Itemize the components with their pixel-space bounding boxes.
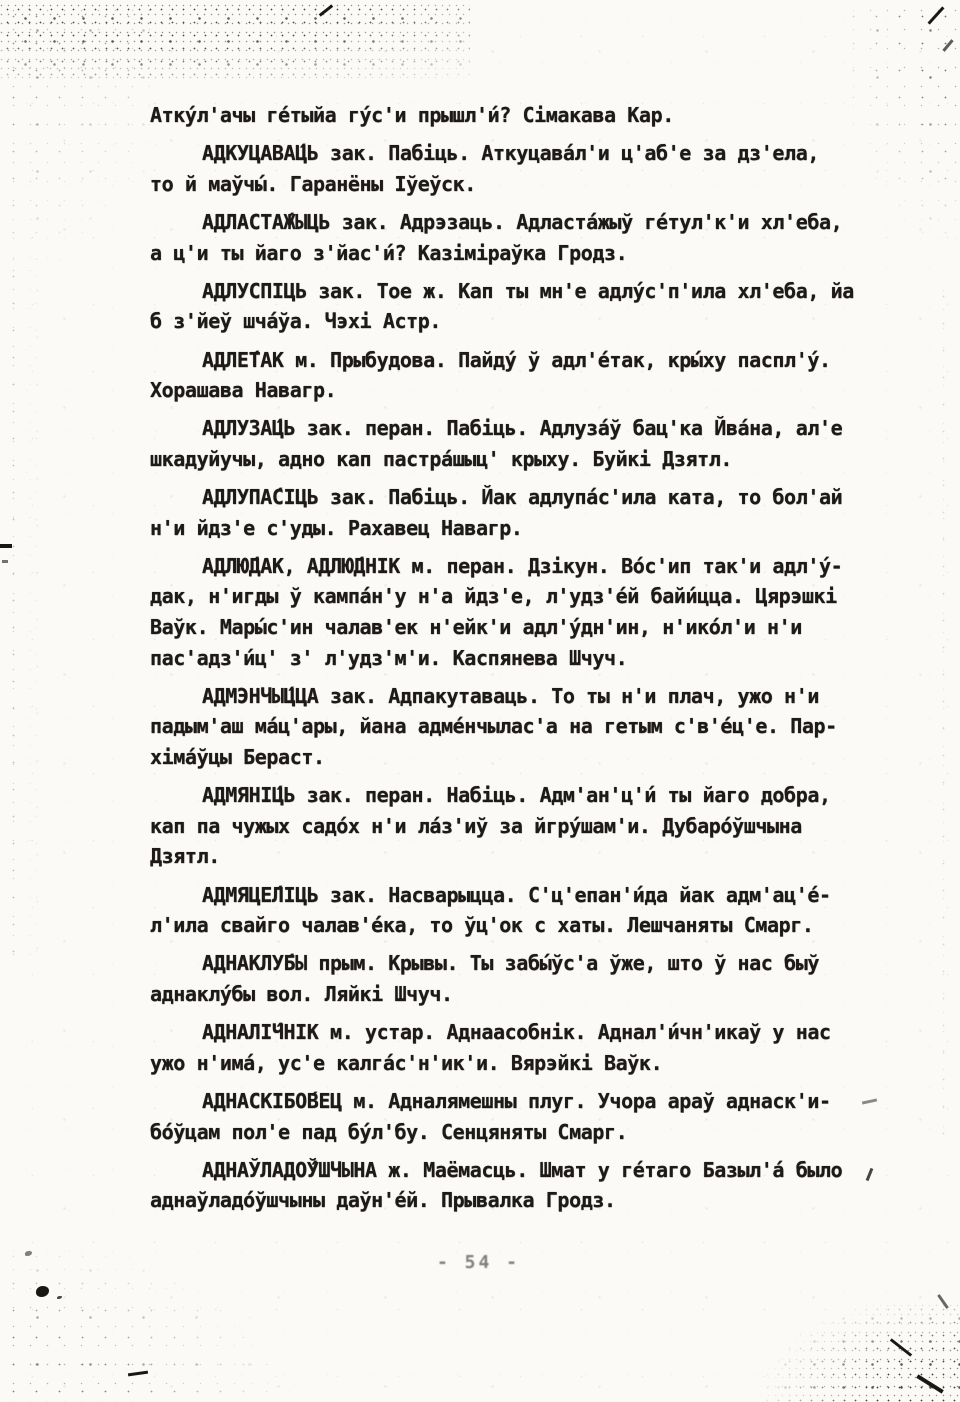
text-line: ужо н'има́, ус'е калга́с'н'ик'и. Вярэйкі…: [150, 1048, 940, 1079]
text-line: аднаўладо́ўшчыны даўн'е́й. Прывалка Грод…: [150, 1185, 940, 1216]
scan-artifact: [0, 544, 12, 548]
dictionary-entry: АДЛЮ́ДАК, АДЛЮ́ДНІК м. перан. Дзікун. Во…: [150, 551, 940, 673]
text-line: АДЛУПА́СІЦЬ зак. Пабіць. Йак адлупа́с'ил…: [150, 482, 940, 513]
dictionary-entry: АДЛЕ́ТАК м. Прыбудова. Пайду́ ў адл'е́та…: [150, 345, 940, 406]
scan-noise: [0, 260, 46, 960]
page-number: - 54 -: [437, 1252, 547, 1273]
dictionary-entry: АДМЯЦЕ́ЛІЦЬ зак. Насварыцца. С'ц'епан'и́…: [150, 880, 940, 941]
scan-artifact: [319, 4, 333, 16]
scan-noise: [0, 0, 470, 85]
text-line: АДЛАСТА́ЖЫЦЬ зак. Адрэзаць. Адласта́жыў …: [150, 207, 940, 238]
scan-artifact: [942, 39, 953, 52]
scan-artifact: [2, 560, 8, 563]
scan-noise: [0, 1240, 290, 1402]
scan-artifact: [928, 6, 945, 24]
text-line: АДНАЎЛАДО́ЎШЧЫНА ж. Маёмасць. Шмат у ге́…: [150, 1155, 940, 1186]
text-line: кап па чужых садо́х н'и ла́з'иў за йгру́…: [150, 811, 940, 842]
scan-artifact: [937, 1294, 949, 1309]
scan-artifact: [128, 1371, 148, 1377]
text-line: АДЛУСПІЦЬ зак. Тое ж. Кап ты мн'е адлу́с…: [150, 276, 940, 307]
text-line: АДМЯЦЕ́ЛІЦЬ зак. Насварыцца. С'ц'епан'и́…: [150, 880, 940, 911]
text-line: АДМЯНІ́ЦЬ зак. перан. Набіць. Адм'ан'ц'и…: [150, 780, 940, 811]
text-line: АДНАСКІБО́ВЕЦ м. Адналямешны плуг. Учора…: [150, 1086, 940, 1117]
scan-artifact: [916, 1374, 944, 1393]
text-line: АДНАЛІ́ЧНІК м. устар. Аднаасобнік. Аднал…: [150, 1017, 940, 1048]
scan-artifact: [36, 1286, 49, 1297]
text-line: шкадуйучы, адно кап пастра́шыц' крыху. Б…: [150, 444, 940, 475]
text-line: Атку́л'ачы ге́тыйа гу́с'и прышл'и́? Сіма…: [150, 100, 940, 131]
dictionary-entry: АДМЭНЧЫ́ЦЦА зак. Адпакутаваць. То ты н'и…: [150, 681, 940, 773]
dictionary-entry: АДКУЦАВА́ЦЬ зак. Пабіць. Аткуцава́л'и ц'…: [150, 138, 940, 199]
scanned-page: Атку́л'ачы ге́тыйа гу́с'и прышл'и́? Сіма…: [0, 0, 960, 1402]
dictionary-entry: АДНАЛІ́ЧНІК м. устар. Аднаасобнік. Аднал…: [150, 1017, 940, 1078]
dictionary-entry: АДНАСКІБО́ВЕЦ м. Адналямешны плуг. Учора…: [150, 1086, 940, 1147]
text-line: хіма́ўцы Бераст.: [150, 742, 940, 773]
text-line: дак, н'игды ў кампа́н'у н'а йдз'е, л'удз…: [150, 581, 940, 612]
text-line: Ваўк. Мары́с'ин чалав'ек н'ейк'и адл'у́д…: [150, 612, 940, 643]
text-line: Дзятл.: [150, 841, 940, 872]
text-line: АДЛУЗА́ЦЬ зак. перан. Пабіць. Адлуза́ў б…: [150, 413, 940, 444]
text-line: л'ила свайго чалав'е́ка, то ўц'ок с хаты…: [150, 910, 940, 941]
scan-artifact: [890, 1338, 912, 1356]
text-line: Хорашава Навагр.: [150, 375, 940, 406]
dictionary-entry: Атку́л'ачы ге́тыйа гу́с'и прышл'и́? Сіма…: [150, 100, 940, 131]
dictionary-entry: АДМЯНІ́ЦЬ зак. перан. Набіць. Адм'ан'ц'и…: [150, 780, 940, 872]
text-line: а ц'и ты йаго з'йас'и́? Казіміраўка Грод…: [150, 238, 940, 269]
text-line: б з'йеў шча́ўа. Чэхі Астр.: [150, 306, 940, 337]
dictionary-entry: АДЛУПА́СІЦЬ зак. Пабіць. Йак адлупа́с'ил…: [150, 482, 940, 543]
text-line: аднаклу́бы вол. Ляйкі Шчуч.: [150, 979, 940, 1010]
text-line: АДЛЕ́ТАК м. Прыбудова. Пайду́ ў адл'е́та…: [150, 345, 940, 376]
dictionary-entry: АДНАЎЛАДО́ЎШЧЫНА ж. Маёмасць. Шмат у ге́…: [150, 1155, 940, 1216]
text-line: то й маўчы́. Гаранёны Іўеўск.: [150, 169, 940, 200]
text-line: пас'адз'и́ц' з' л'удз'м'и. Каспянева Шчу…: [150, 643, 940, 674]
text-line: падым'аш ма́ц'ары, йана адме́нчылас'а на…: [150, 711, 940, 742]
text-line: АДЛЮ́ДАК, АДЛЮ́ДНІК м. перан. Дзікун. Во…: [150, 551, 940, 582]
dictionary-entry: АДЛУСПІЦЬ зак. Тое ж. Кап ты мн'е адлу́с…: [150, 276, 940, 337]
text-line: АДМЭНЧЫ́ЦЦА зак. Адпакутаваць. То ты н'и…: [150, 681, 940, 712]
dictionary-entry: АДНАКЛУ́БЫ прым. Крывы. Ты забы́ўс'а ўже…: [150, 948, 940, 1009]
text-line: н'и йдз'е с'уды. Рахавец Навагр.: [150, 513, 940, 544]
dictionary-entry: АДЛАСТА́ЖЫЦЬ зак. Адрэзаць. Адласта́жыў …: [150, 207, 940, 268]
scan-noise: [760, 1300, 960, 1402]
dictionary-entry: АДЛУЗА́ЦЬ зак. перан. Пабіць. Адлуза́ў б…: [150, 413, 940, 474]
text-line: АДНАКЛУ́БЫ прым. Крывы. Ты забы́ўс'а ўже…: [150, 948, 940, 979]
text-line: бо́ўцам пол'е пад бу́л'бу. Сенцяняты Сма…: [150, 1117, 940, 1148]
text-line: АДКУЦАВА́ЦЬ зак. Пабіць. Аткуцава́л'и ц'…: [150, 138, 940, 169]
scan-noise: [0, 0, 150, 260]
dictionary-text: Атку́л'ачы ге́тыйа гу́с'и прышл'и́? Сіма…: [150, 100, 940, 1224]
